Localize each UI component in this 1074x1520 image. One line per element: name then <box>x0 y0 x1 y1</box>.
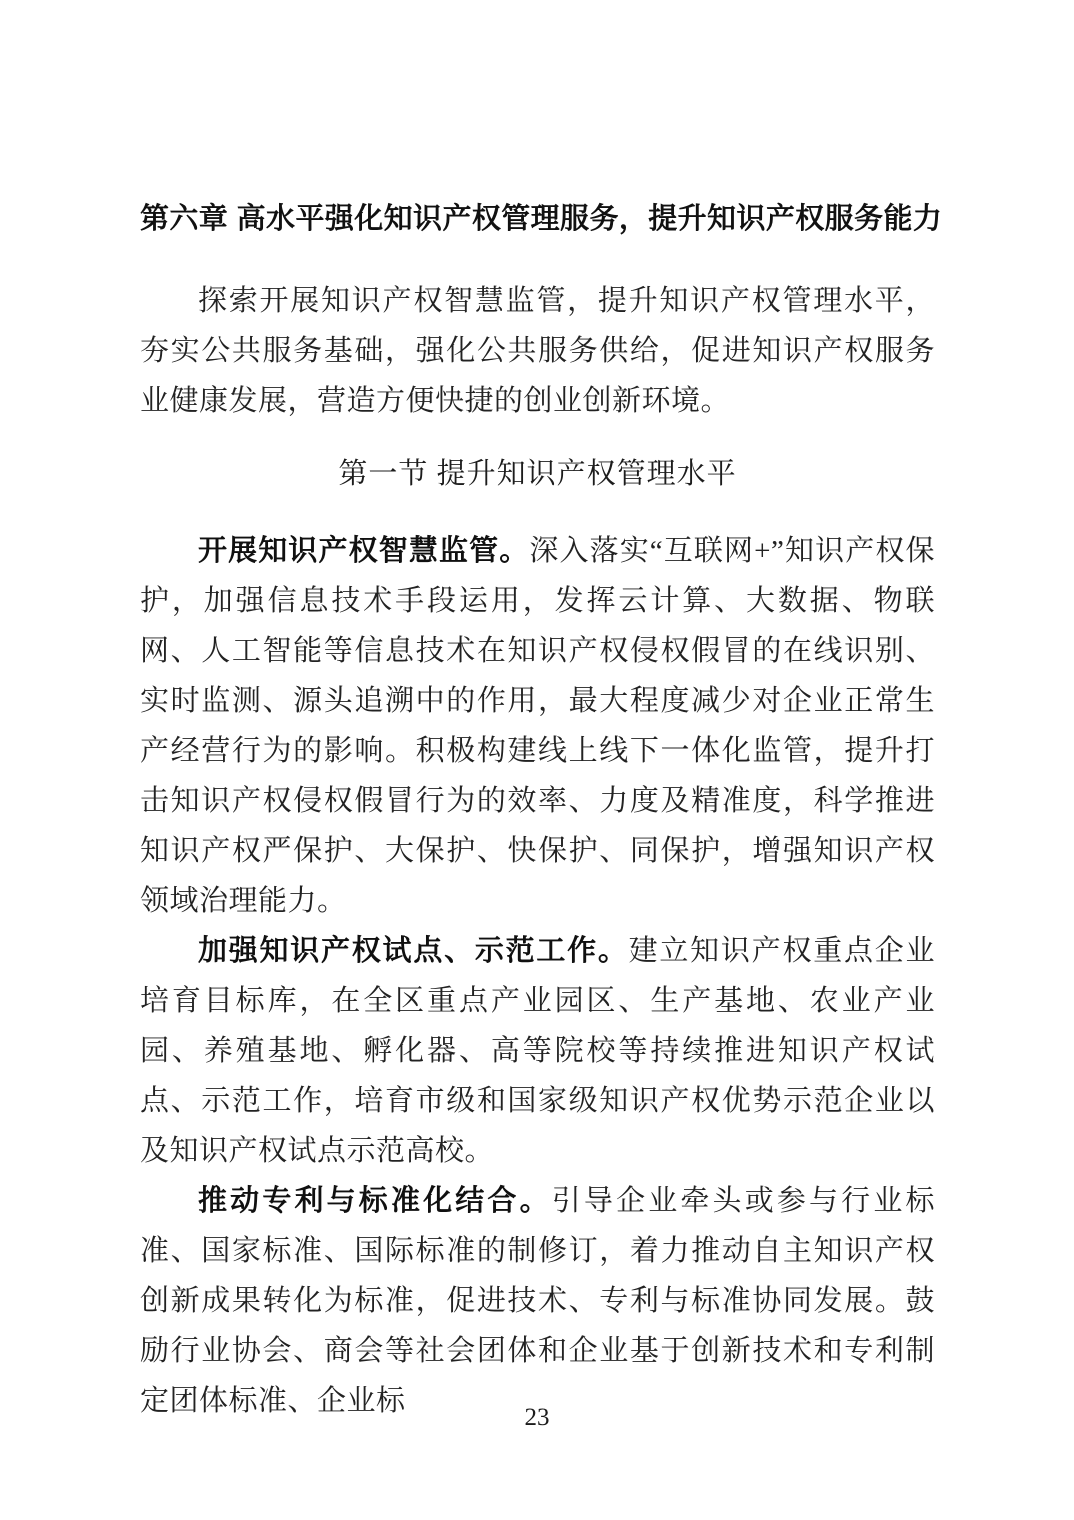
paragraph: 推动专利与标准化结合。引导企业牵头或参与行业标准、国家标准、国际标准的制修订，着… <box>140 1176 935 1426</box>
section-title: 第一节 提升知识产权管理水平 <box>140 449 935 499</box>
paragraph-lead: 开展知识产权智慧监管。 <box>198 535 529 567</box>
intro-paragraph: 探索开展知识产权智慧监管，提升知识产权管理水平，夯实公共服务基础，强化公共服务供… <box>140 276 935 426</box>
paragraph-lead: 推动专利与标准化结合。 <box>198 1185 552 1217</box>
paragraph: 加强知识产权试点、示范工作。建立知识产权重点企业培育目标库，在全区重点产业园区、… <box>140 926 935 1176</box>
chapter-title: 第六章 高水平强化知识产权管理服务，提升知识产权服务能力 <box>140 0 935 240</box>
document-page: 第六章 高水平强化知识产权管理服务，提升知识产权服务能力 探索开展知识产权智慧监… <box>0 0 1074 1520</box>
paragraph-text: 引导企业牵头或参与行业标准、国家标准、国际标准的制修订，着力推动自主知识产权创新… <box>140 1185 935 1417</box>
paragraph-lead: 加强知识产权试点、示范工作。 <box>198 935 629 967</box>
paragraph-text: 深入落实“互联网+”知识产权保护，加强信息技术手段运用，发挥云计算、大数据、物联… <box>140 535 935 917</box>
page-number: 23 <box>0 1403 1074 1433</box>
paragraph-text: 建立知识产权重点企业培育目标库，在全区重点产业园区、生产基地、农业产业园、养殖基… <box>140 935 935 1167</box>
paragraph: 开展知识产权智慧监管。深入落实“互联网+”知识产权保护，加强信息技术手段运用，发… <box>140 526 935 926</box>
